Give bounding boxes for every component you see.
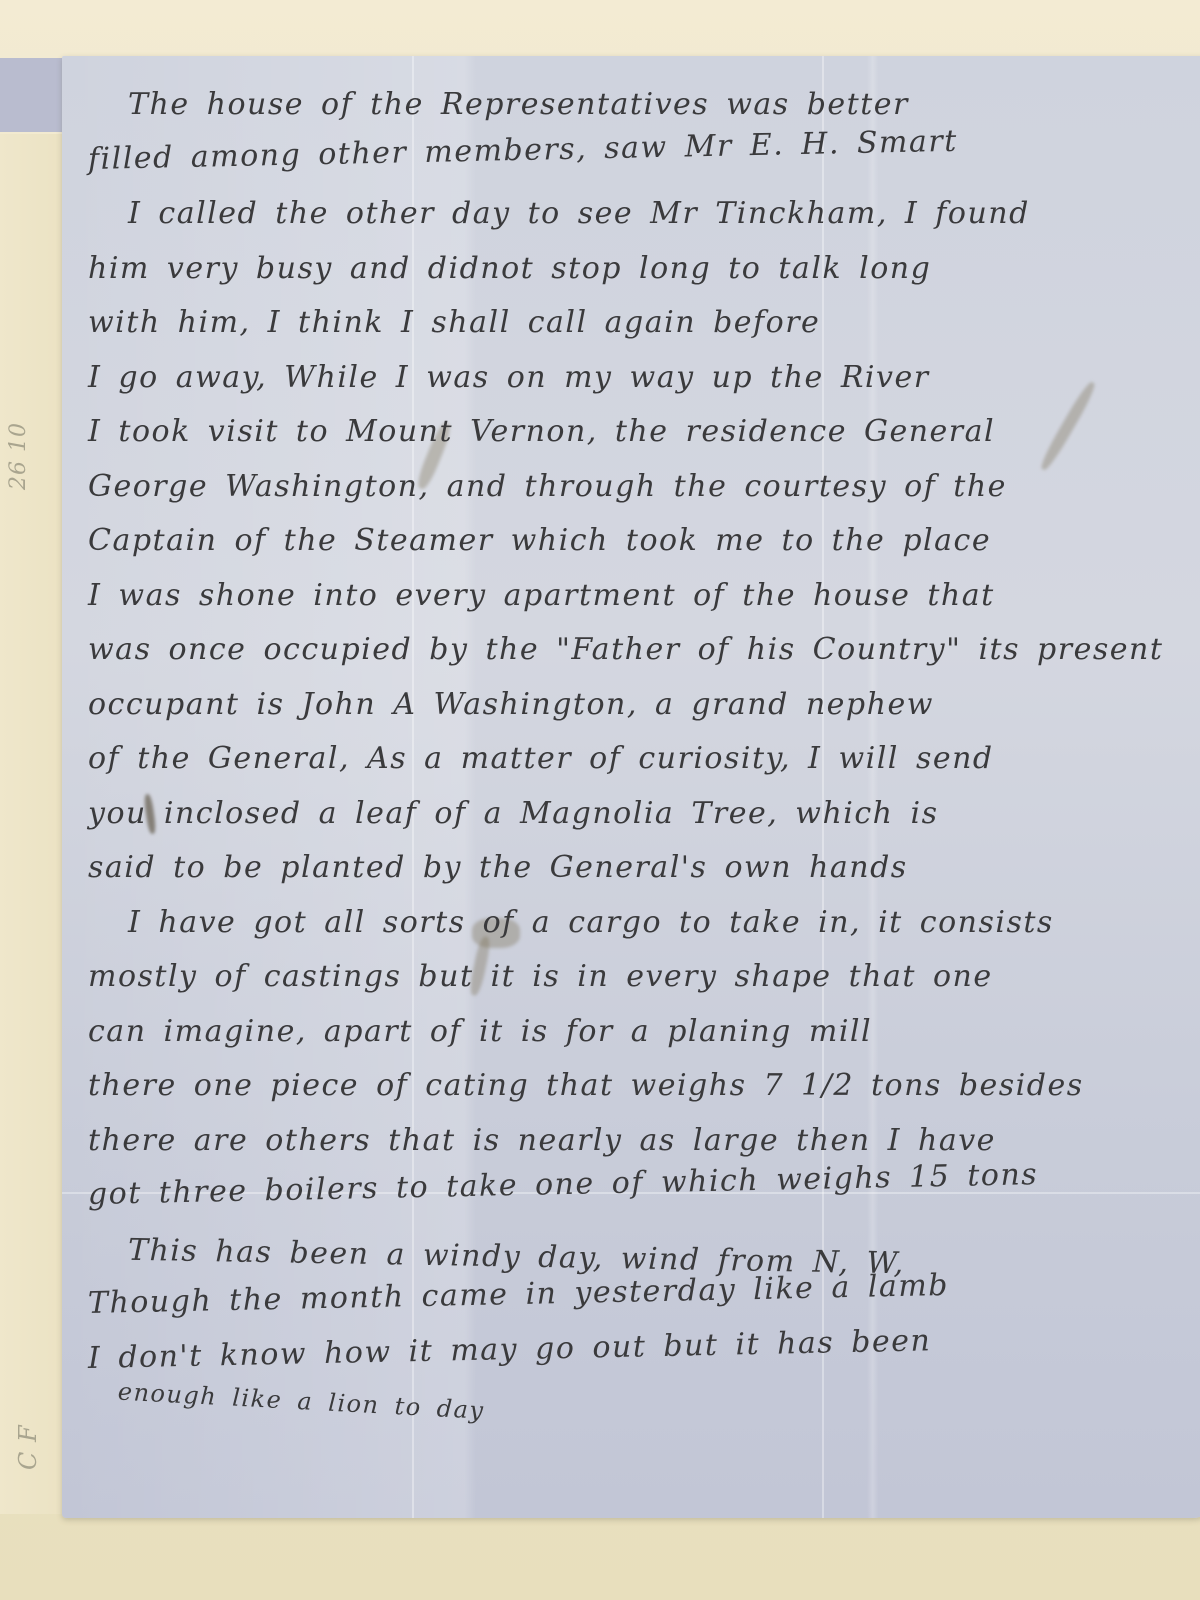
underlying-blue-sheet-corner — [0, 58, 68, 132]
letter-body: The house of the Representatives was bet… — [88, 78, 1148, 1404]
letter-line: with him, I think I shall call again bef… — [88, 296, 1148, 351]
letter-line: you inclosed a leaf of a Magnolia Tree, … — [88, 787, 1148, 842]
letter-line: I took visit to Mount Vernon, the reside… — [88, 405, 1148, 460]
letter-line: I go away, While I was on my way up the … — [88, 351, 1148, 406]
letter-line: him very busy and didnot stop long to ta… — [88, 242, 1148, 297]
underlying-cream-sheet — [0, 134, 67, 1514]
letter-line: mostly of castings but it is in every sh… — [88, 950, 1148, 1005]
letter-line: said to be planted by the General's own … — [88, 841, 1148, 896]
letter-line: I called the other day to see Mr Tinckha… — [88, 187, 1148, 242]
letter-line: was once occupied by the "Father of his … — [88, 623, 1148, 678]
letter-line: can imagine, apart of it is for a planin… — [88, 1005, 1148, 1060]
pencil-margin-note-lower: C F — [14, 1424, 42, 1470]
letter-line: I was shone into every apartment of the … — [88, 569, 1148, 624]
letter-line: George Washington, and through the court… — [88, 460, 1148, 515]
letter-line: there one piece of cating that weighs 7 … — [88, 1059, 1148, 1114]
pencil-margin-note-upper: 26 10 — [6, 422, 31, 490]
letter-line: occupant is John A Washington, a grand n… — [88, 678, 1148, 733]
letter-line: of the General, As a matter of curiosity… — [88, 732, 1148, 787]
letter-line: Captain of the Steamer which took me to … — [88, 514, 1148, 569]
letter-line: I have got all sorts of a cargo to take … — [88, 896, 1148, 951]
